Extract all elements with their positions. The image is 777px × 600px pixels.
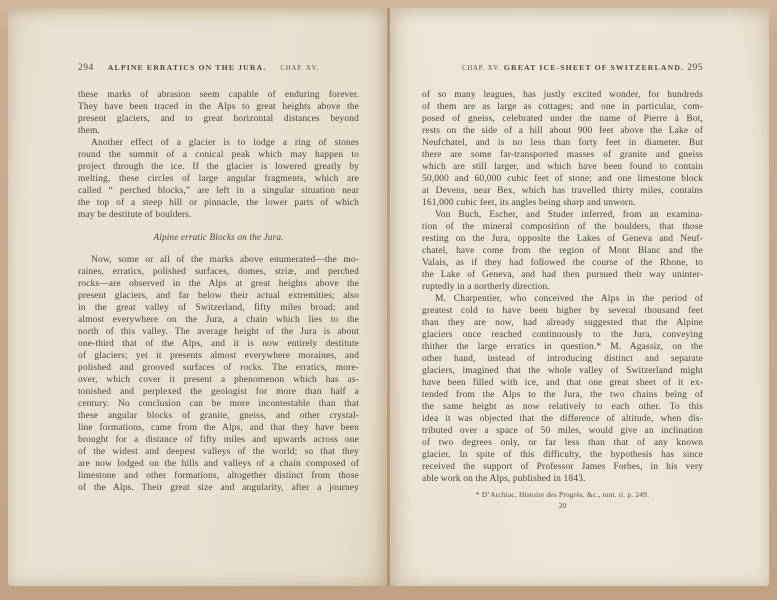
text-line: 50,000 and 60,000 cubic feet of stone; a… [422,173,703,185]
text-line: one-third that of the Alps, and it is no… [78,338,359,350]
text-line: 161,000 cubic feet, its angles being sha… [422,197,703,209]
text-line: tributed over a space of 50 miles, would… [422,425,703,437]
text-line: them. [78,125,359,137]
text-line: are now lodged on the hills and valleys … [78,458,359,470]
text-line: round the summit of a conical peak which… [78,149,359,161]
paragraph: Another effect of a glacier is to lodge … [78,137,359,221]
text-line: Neufchatel, and is no less than forty fe… [422,137,703,149]
book-spread: 294 ALPINE ERRATICS ON THE JURA. CHAP. X… [0,0,777,600]
text-line: other hand, instead of introducing disti… [422,353,703,365]
section-heading: Alpine erratic Blocks on the Jura. [78,232,359,244]
text-line: posed of gneiss, celebrated under the na… [422,113,703,125]
text-line: glaciers once reached continuously to th… [422,329,703,341]
text-line: the same height as now relatively to eac… [422,401,703,413]
text-line: almost everywhere on the Jura, a chain w… [78,314,359,326]
text-line: present glaciers, and to great horizonta… [78,113,359,125]
running-title-right: GREAT ICE-SHEET OF SWITZERLAND. [504,63,684,72]
page-right-content: CHAP. XV. GREAT ICE-SHEET OF SWITZERLAND… [422,8,703,510]
text-line: glacier. In spite of this difficulty, th… [422,449,703,461]
chapter-label-right: CHAP. XV. [462,65,501,72]
text-line: may be destitute of boulders. [78,209,359,221]
text-line: polished and grooved surfaces of rocks. … [78,362,359,374]
chapter-label-left: CHAP. XV. [280,65,319,72]
page-left-content: 294 ALPINE ERRATICS ON THE JURA. CHAP. X… [78,8,359,494]
text-line: line formations, came from the Alps, and… [78,422,359,434]
text-line: rests on the side of a hill about 900 fe… [422,125,703,137]
text-line: these marks of abrasion seem capable of … [78,89,359,101]
text-line: of so many leagues, has justly excited w… [422,89,703,101]
text-line: these angular blocks of granite, gneiss,… [78,410,359,422]
text-line: than they are now, had already suggested… [422,317,703,329]
text-line: They have been traced in the Alps to gre… [78,101,359,113]
text-line: tonished and perplexed the geologist for… [78,386,359,398]
text-line: of them are as large as cottages; and on… [422,101,703,113]
text-line: Another effect of a glacier is to lodge … [78,137,359,149]
page-left: 294 ALPINE ERRATICS ON THE JURA. CHAP. X… [8,8,387,586]
text-line: present glaciers, and far below their ac… [78,290,359,302]
paragraph: M. Charpentier, who conceived the Alps i… [422,293,703,485]
text-line: of glaciers; yet it presents almost ever… [78,350,359,362]
text-line: able work on the Alps, published in 1843… [422,473,703,485]
paragraph: Now, some or all of the marks above enum… [78,254,359,494]
text-line: of the Alps. Their great size and angula… [78,482,359,494]
page-number-left: 294 [78,63,94,73]
text-line: M. Charpentier, who conceived the Alps i… [422,293,703,305]
text-line: limestone and other formations, altogeth… [78,470,359,482]
page-right-body: of so many leagues, has justly excited w… [422,89,703,485]
text-line: century. No conclusion can be more incon… [78,398,359,410]
paragraph: of so many leagues, has justly excited w… [422,89,703,209]
page-right-header: CHAP. XV. GREAT ICE-SHEET OF SWITZERLAND… [422,63,703,75]
text-line: of the widest and deepest valleys of the… [78,446,359,458]
text-line: raines, erratics, polished surfaces, dom… [78,266,359,278]
text-line: project through the ice. If the glacier … [78,161,359,173]
text-line: north of this valley. The average height… [78,326,359,338]
text-line: received the support of Professor James … [422,461,703,473]
text-line: resting on the Jura, opposite the Lakes … [422,233,703,245]
text-line: which are still larger, and which have b… [422,161,703,173]
text-line: tended from the Alps to the Jura, the tw… [422,389,703,401]
page-right: CHAP. XV. GREAT ICE-SHEET OF SWITZERLAND… [390,8,769,586]
text-line: tion of the mineral composition of the b… [422,221,703,233]
text-line: idea it was objected that the difference… [422,413,703,425]
text-line: melting, these circles of large angular … [78,173,359,185]
text-line: glaciers, imagined that the whole valley… [422,365,703,377]
text-line: of two degrees only, or far less than th… [422,437,703,449]
text-line: Valais, as if they had followed the cour… [422,257,703,269]
text-line: have been filled with ice, and that one … [422,377,703,389]
page-left-header: 294 ALPINE ERRATICS ON THE JURA. CHAP. X… [78,63,359,75]
text-line: the Lake of Geneva, and had then pursued… [422,269,703,281]
text-line: thither the large erratics in question.*… [422,341,703,353]
text-line: Von Buch, Escher, and Studer inferred, f… [422,209,703,221]
text-line: ruptedly in a northerly direction. [422,281,703,293]
text-line: over, which cover it present a phenomeno… [78,374,359,386]
text-line: brought for a distance of fifty miles an… [78,434,359,446]
text-line: there are some far-transported masses of… [422,149,703,161]
paragraph: these marks of abrasion seem capable of … [78,89,359,137]
text-line: Now, some or all of the marks above enum… [78,254,359,266]
text-line: greatest cold to have been higher by sev… [422,305,703,317]
text-line: called “ perched blocks,” are left in a … [78,185,359,197]
text-line: at Devens, near Bex, which has travelled… [422,185,703,197]
running-title-left: ALPINE ERRATICS ON THE JURA. [108,63,267,72]
page-left-body: these marks of abrasion seem capable of … [78,89,359,494]
text-line: in the great valley of Switzerland, fift… [78,302,359,314]
text-line: rocks—are observed in the Alps at great … [78,278,359,290]
signature-number: 20 [422,501,703,510]
page-number-right: 295 [687,63,703,73]
paragraph: Von Buch, Escher, and Studer inferred, f… [422,209,703,293]
footnote: * D’Archiac, Histoire des Progrès, &c., … [422,490,703,499]
text-line: chatel, have come from the region of Mon… [422,245,703,257]
text-line: the top of a steep hill or pinnacle, the… [78,197,359,209]
